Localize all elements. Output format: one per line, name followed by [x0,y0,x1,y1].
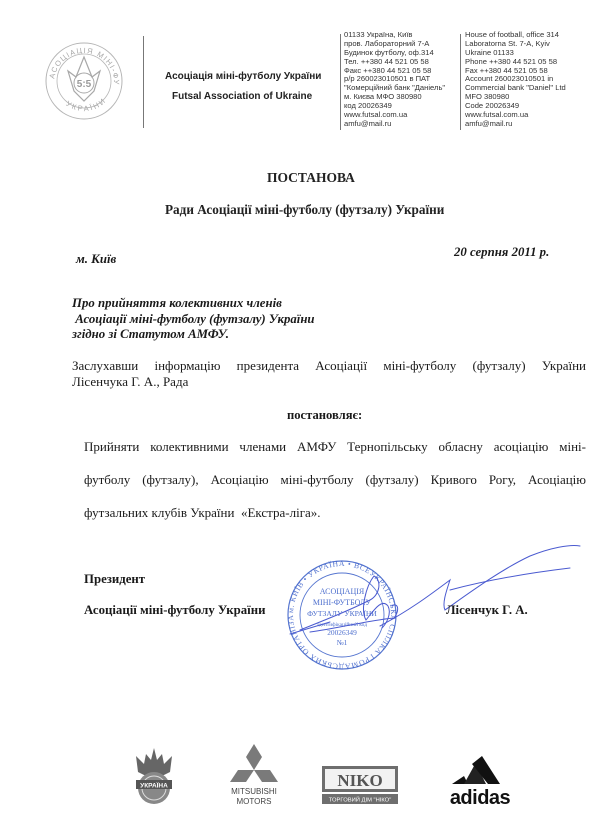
document-city: м. Київ [76,252,116,267]
svg-text:ТОРГОВИЙ ДІМ "НІКО": ТОРГОВИЙ ДІМ "НІКО" [329,796,392,804]
decision-line: футзальних клубів України «Екстра-ліга». [84,496,586,529]
handwritten-signature-icon [270,540,590,650]
decision-line: Прийняти колективними членами АМФУ Терно… [84,430,586,463]
decision-line: футболу (футзалу), Асоціацію міні-футбол… [84,463,586,496]
subject-line: згідно зі Статутом АМФУ. [72,327,315,343]
document-subject: Про прийняття колективних членів Асоціац… [72,296,315,343]
ffu-emblem-icon: УКРАЇНА [132,746,176,806]
decision-text: Прийняти колективними членами АМФУ Терно… [84,430,586,529]
email-link[interactable]: amfu@mail.ru [344,120,445,129]
address-divider-ua [340,34,341,130]
signatory-organization: Асоціації міні-футболу України [84,603,265,618]
preamble-line: Заслухавши інформацію президента Асоціац… [72,358,586,374]
svg-text:5:5: 5:5 [77,79,92,90]
document-date: 20 серпня 2011 р. [454,245,549,260]
svg-text:MITSUBISHI: MITSUBISHI [231,787,277,796]
document-subtitle: Ради Асоціації міні-футболу (футзалу) Ук… [165,202,444,218]
preamble: Заслухавши інформацію президента Асоціац… [72,358,586,390]
signatory-role: Президент [84,572,145,587]
document-title: ПОСТАНОВА [267,170,355,186]
org-name-ua: Асоціація міні-футболу України [165,71,321,82]
niko-logo-icon: NIKO ТОРГОВИЙ ДІМ "НІКО" [322,766,400,806]
subject-line: Про прийняття колективних членів [72,296,315,312]
address-block-ua: 01133 Україна, Київ пров. Лабораторний 7… [344,31,445,129]
preamble-line: Лісенчука Г. А., Рада [72,374,586,390]
adidas-logo-icon: adidas [442,752,522,806]
signatory-name: Лісенчук Г. А. [446,603,528,618]
svg-text:adidas: adidas [450,787,511,806]
address-block-en: House of football, office 314 Laboratorn… [465,31,566,129]
header-divider [143,36,144,128]
association-emblem-icon: АСОЦІАЦІЯ МІНІ-ФУТБОЛУ УКРАЇНИ 5:5 [44,33,124,127]
svg-text:NIKO: NIKO [337,771,382,790]
subject-line: Асоціації міні-футболу (футзалу) України [72,312,315,328]
org-name-en: Futsal Association of Ukraine [172,91,312,102]
svg-text:УКРАЇНА: УКРАЇНА [140,782,168,790]
email-link[interactable]: amfu@mail.ru [465,120,566,129]
svg-text:MOTORS: MOTORS [237,797,272,806]
resolves-heading: постановляє: [287,408,362,423]
mitsubishi-logo-icon: MITSUBISHI MOTORS [226,744,282,806]
address-divider-en [460,34,461,130]
